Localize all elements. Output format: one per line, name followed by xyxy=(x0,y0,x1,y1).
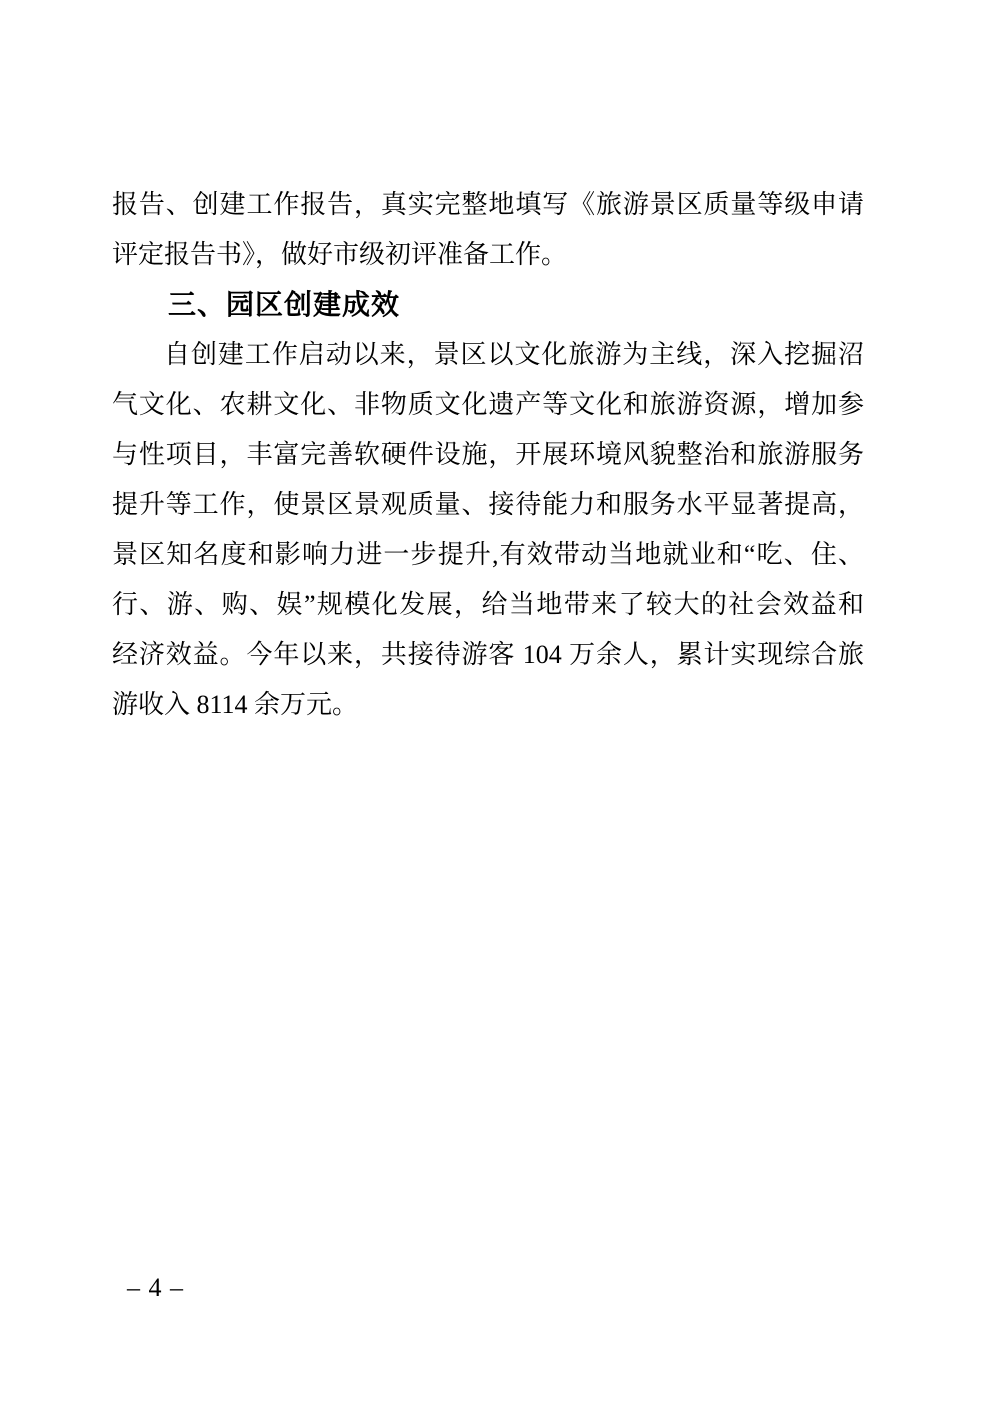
document-line: 行、游、购、娱”规模化发展，给当地带来了较大的社会效益和 xyxy=(112,580,864,630)
document-line: 与性项目，丰富完善软硬件设施，开展环境风貌整治和旅游服务 xyxy=(112,430,864,480)
document-line: 气文化、农耕文化、非物质文化遗产等文化和旅游资源，增加参 xyxy=(112,380,864,430)
document-line: 景区知名度和影响力进一步提升,有效带动当地就业和“吃、住、 xyxy=(112,530,864,580)
section-heading: 三、园区创建成效 xyxy=(112,280,864,330)
document-line: 游收入 8114 余万元。 xyxy=(112,680,864,730)
document-line: 自创建工作启动以来，景区以文化旅游为主线，深入挖掘沼 xyxy=(112,330,864,380)
document-line: 评定报告书》，做好市级初评准备工作。 xyxy=(112,230,864,280)
document-body: 报告、创建工作报告，真实完整地填写《旅游景区质量等级申请 评定报告书》，做好市级… xyxy=(112,180,864,730)
document-page: 报告、创建工作报告，真实完整地填写《旅游景区质量等级申请 评定报告书》，做好市级… xyxy=(0,0,992,1403)
document-line: 提升等工作，使景区景观质量、接待能力和服务水平显著提高， xyxy=(112,480,864,530)
page-number: – 4 – xyxy=(127,1272,184,1304)
document-line: 经济效益。今年以来，共接待游客 104 万余人，累计实现综合旅 xyxy=(112,630,864,680)
document-line: 报告、创建工作报告，真实完整地填写《旅游景区质量等级申请 xyxy=(112,180,864,230)
